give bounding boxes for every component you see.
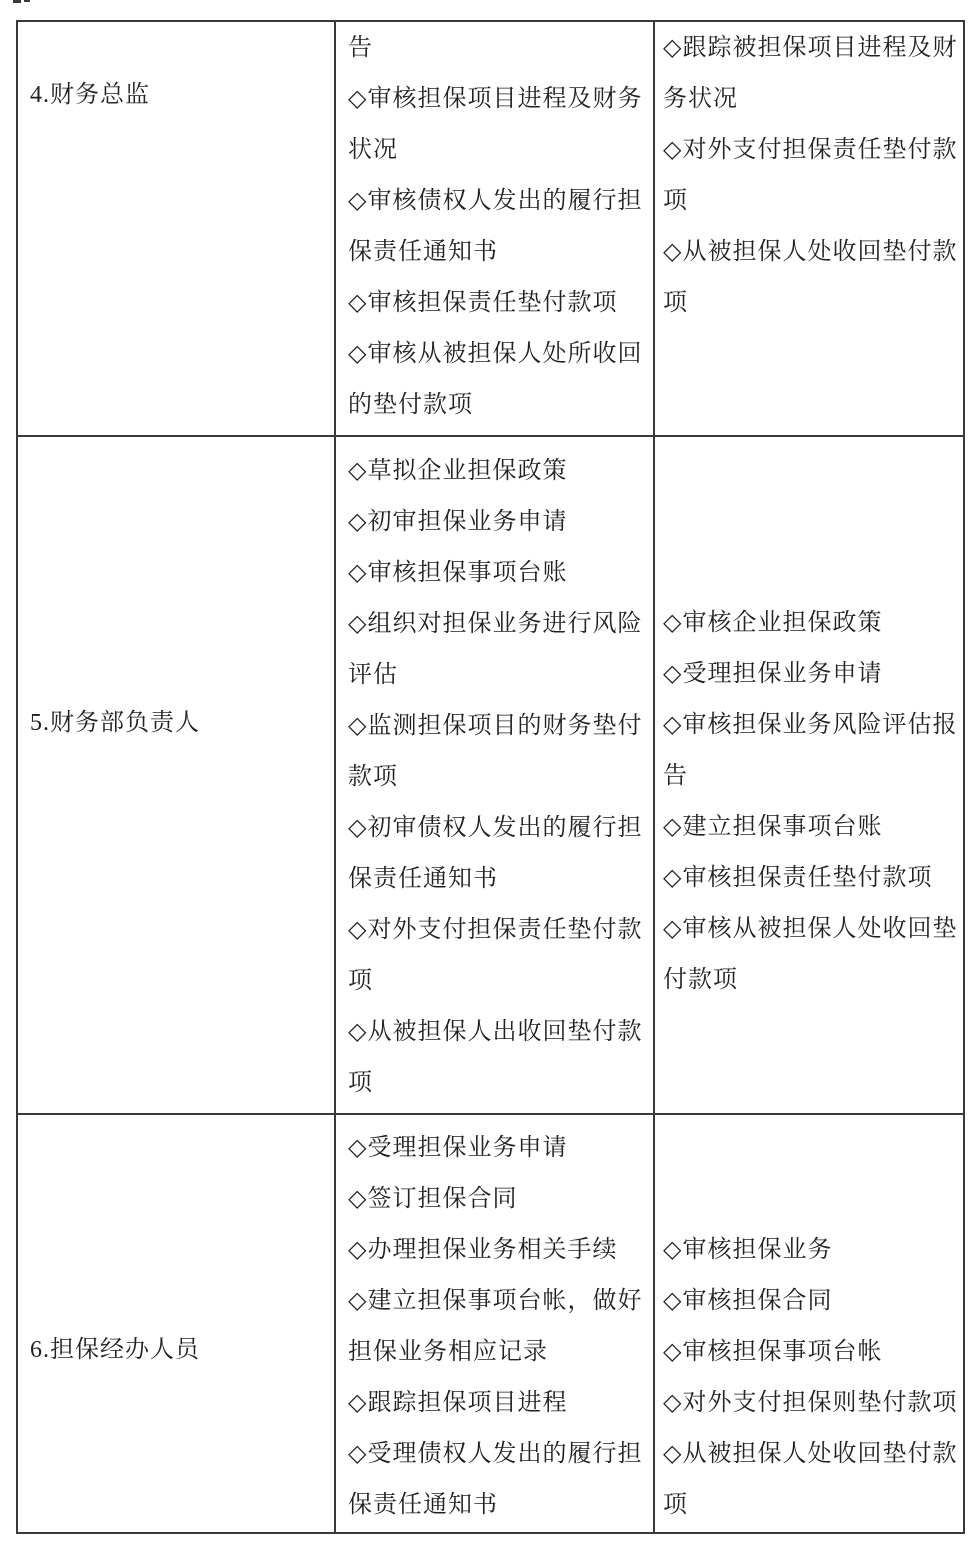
role-cell: 5.财务部负责人	[17, 436, 335, 1114]
role-label: 5.财务部负责人	[18, 437, 334, 749]
primary-duties-list: 告 ◇审核担保项目进程及财务状况 ◇审核债权人发出的履行担保责任通知书 ◇审核担…	[336, 22, 653, 431]
role-label: 6.担保经办人员	[18, 1115, 334, 1376]
role-cell: 4.财务总监	[17, 21, 335, 436]
primary-duties-cell: ◇受理担保业务申请 ◇签订担保合同 ◇办理担保业务相关手续 ◇建立担保事项台帐，…	[335, 1114, 654, 1533]
responsibilities-table: 4.财务总监 告 ◇审核担保项目进程及财务状况 ◇审核债权人发出的履行担保责任通…	[16, 20, 965, 1534]
table-row-finance-dept-head: 5.财务部负责人 ◇草拟企业担保政策 ◇初审担保业务申请 ◇审核担保事项台账 ◇…	[17, 436, 964, 1114]
primary-duties-cell: 告 ◇审核担保项目进程及财务状况 ◇审核债权人发出的履行担保责任通知书 ◇审核担…	[335, 21, 654, 436]
table-row-finance-director: 4.财务总监 告 ◇审核担保项目进程及财务状况 ◇审核债权人发出的履行担保责任通…	[17, 21, 964, 436]
document-page: 4.财务总监 告 ◇审核担保项目进程及财务状况 ◇审核债权人发出的履行担保责任通…	[0, 0, 979, 1561]
primary-duties-list: ◇受理担保业务申请 ◇签订担保合同 ◇办理担保业务相关手续 ◇建立担保事项台帐，…	[336, 1115, 653, 1531]
review-duties-list: ◇跟踪被担保项目进程及财务状况 ◇对外支付担保责任垫付款项 ◇从被担保人处收回垫…	[655, 22, 963, 329]
page-cut-artifact	[13, 0, 21, 3]
role-cell: 6.担保经办人员	[17, 1114, 335, 1533]
primary-duties-cell: ◇草拟企业担保政策 ◇初审担保业务申请 ◇审核担保事项台账 ◇组织对担保业务进行…	[335, 436, 654, 1114]
table-row-guarantee-handler: 6.担保经办人员 ◇受理担保业务申请 ◇签订担保合同 ◇办理担保业务相关手续 ◇…	[17, 1114, 964, 1533]
review-duties-list: ◇审核担保业务 ◇审核担保合同 ◇审核担保事项台帐 ◇对外支付担保则垫付款项 ◇…	[655, 1115, 963, 1531]
primary-duties-list: ◇草拟企业担保政策 ◇初审担保业务申请 ◇审核担保事项台账 ◇组织对担保业务进行…	[336, 437, 653, 1109]
review-duties-cell: ◇审核企业担保政策 ◇受理担保业务申请 ◇审核担保业务风险评估报告 ◇建立担保事…	[654, 436, 964, 1114]
page-cut-artifact	[24, 0, 30, 2]
review-duties-list: ◇审核企业担保政策 ◇受理担保业务申请 ◇审核担保业务风险评估报告 ◇建立担保事…	[655, 437, 963, 1006]
role-label: 4.财务总监	[18, 22, 334, 121]
review-duties-cell: ◇跟踪被担保项目进程及财务状况 ◇对外支付担保责任垫付款项 ◇从被担保人处收回垫…	[654, 21, 964, 436]
review-duties-cell: ◇审核担保业务 ◇审核担保合同 ◇审核担保事项台帐 ◇对外支付担保则垫付款项 ◇…	[654, 1114, 964, 1533]
